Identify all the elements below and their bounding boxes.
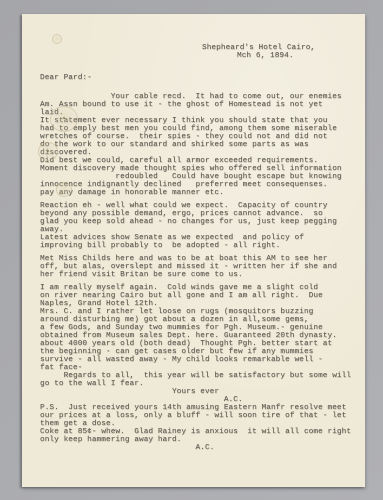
paper-speck: [63, 117, 65, 119]
paper-stain: [50, 106, 78, 132]
closing-block: Yours ever A.C.: [40, 388, 347, 404]
letterhead-hotel: Shepheard's Hotel Cairo,: [202, 44, 347, 52]
paragraph-3: Met Miss Childs here and was to be at bo…: [40, 255, 347, 279]
letter-paper: Shepheard's Hotel Cairo, Mch 6, 1894. De…: [22, 14, 365, 487]
paper-stain: [56, 182, 72, 197]
paper-stain: [52, 34, 62, 44]
postscript: P.S. Just received yours 14th amusing Ea…: [40, 404, 347, 444]
paragraph-4: I am really myself again. Cold winds gav…: [40, 284, 347, 388]
letterhead-date: Mch 6, 1894.: [202, 52, 347, 60]
paragraph-2: Reaction eh - well what could we expect.…: [40, 202, 347, 250]
final-signature: A.C.: [40, 444, 347, 452]
salutation: Dear Pard:-: [40, 74, 347, 82]
photo-background: Shepheard's Hotel Cairo, Mch 6, 1894. De…: [0, 0, 383, 500]
paragraph-1: Your cable recd. It had to come out, our…: [40, 93, 347, 197]
paper-speck: [47, 150, 49, 152]
paper-stain: [38, 142, 58, 161]
letterhead: Shepheard's Hotel Cairo, Mch 6, 1894.: [202, 44, 347, 60]
